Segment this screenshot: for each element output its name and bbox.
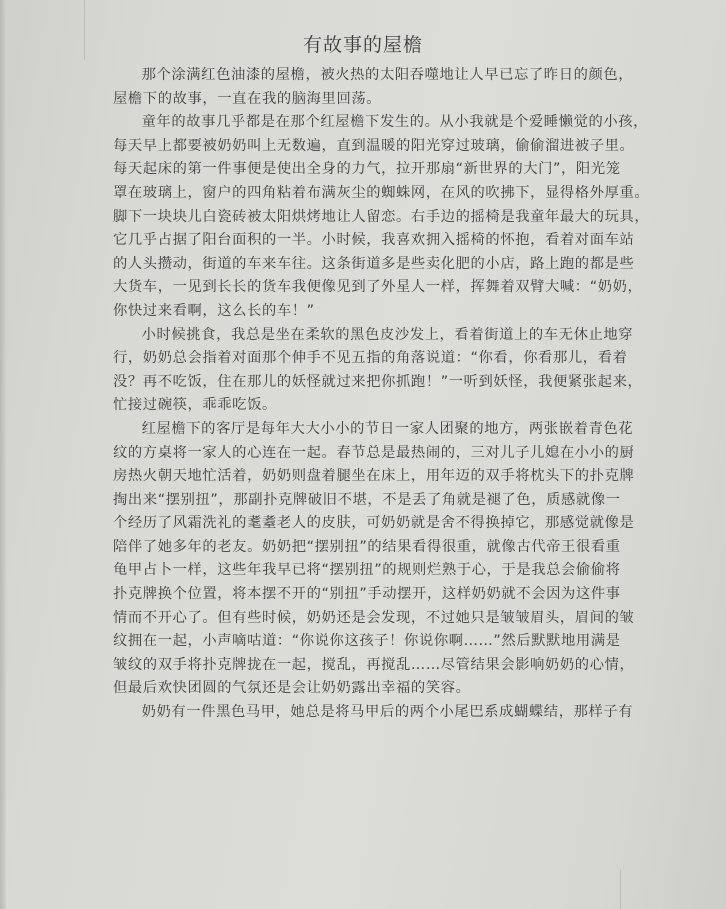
text-line: 纹拥在一起，小声嘀咕道：“你说你这孩子！你说你啊……”然后默默地用满是	[84, 630, 618, 654]
text-line: 奶奶有一件黑色马甲，她总是将马甲后的两个小尾巴系成蝴蝶结，那样子有	[113, 701, 618, 725]
paragraph-4: 红屋檐下的客厅是每年大大小小的节日一家人团聚的地方，两张嵌着青色花 纹的方桌将一…	[113, 418, 618, 701]
text-line: 纹的方桌将一家人的心连在一起。春节总是最热闹的，三对儿子儿媳在小小的厨	[84, 442, 618, 466]
text-line: 大货车，一见到长长的货车我便像见到了外星人一样，挥舞着双臂大喊：“奶奶，	[84, 276, 618, 300]
text-line: 掏出来“摆别扭”，那副扑克牌破旧不堪，不是丢了角就是褪了色，质感就像一	[84, 489, 618, 513]
text-line: 但最后欢快团圆的气氛还是会让奶奶露出幸福的笑容。	[84, 677, 618, 701]
text-line: 你快过来看啊，这么长的车！”	[84, 300, 618, 324]
text-line: 童年的故事几乎都是在那个红屋檐下发生的。从小我就是个爱睡懒觉的小孩，	[113, 111, 618, 135]
text-line: 陪伴了她多年的老友。奶奶把“摆别扭”的结果看得很重，就像古代帝王很看重	[84, 536, 618, 560]
document-page: 有故事的屋檐 那个涂满红色油漆的屋檐，被火热的太阳吞噬地让人早已忘了昨日的颜色，…	[0, 0, 726, 909]
text-line: 罩在玻璃上，窗户的四角粘着布满灰尘的蜘蛛网，在风的吹拂下，显得格外厚重。	[84, 182, 618, 206]
text-line: 行，奶奶总会指着对面那个伸手不见五指的角落说道：“你看，你看那儿，看着	[84, 347, 618, 371]
text-line: 每天起床的第一件事便是使出全身的力气，拉开那扇“新世界的大门”，阳光笼	[84, 158, 618, 182]
text-line: 皱纹的双手将扑克牌拢在一起，搅乱，再搅乱……尽管结果会影响奶奶的心情，	[84, 654, 618, 678]
text-line: 房热火朝天地忙活着，奶奶则盘着腿坐在床上，用年迈的双手将枕头下的扑克牌	[84, 465, 618, 489]
text-line: 屋檐下的故事，一直在我的脑海里回荡。	[84, 88, 618, 112]
text-line: 情而不开心了。但有些时候，奶奶还是会发现，不过她只是皱皱眉头，眉间的皱	[84, 607, 618, 631]
text-line: 它几乎占据了阳台面积的一半。小时候，我喜欢拥入摇椅的怀抱，看着对面车站	[84, 229, 618, 253]
paragraph-3: 小时候挑食，我总是坐在柔软的黑色皮沙发上，看着街道上的车无休止地穿 行，奶奶总会…	[113, 324, 618, 418]
text-line: 没？再不吃饭，住在那儿的妖怪就过来把你抓跑！”一听到妖怪，我便紧张起来，	[84, 371, 618, 395]
text-line: 脚下一块块儿白瓷砖被太阳烘烤地让人留恋。右手边的摇椅是我童年最大的玩具，	[84, 206, 618, 230]
document-title: 有故事的屋檐	[0, 30, 726, 57]
text-line: 小时候挑食，我总是坐在柔软的黑色皮沙发上，看着街道上的车无休止地穿	[113, 324, 618, 348]
text-line: 龟甲占卜一样，这些年我早已将“摆别扭”的规则烂熟于心，于是我总会偷偷将	[84, 559, 618, 583]
text-line: 扑克牌换个位置，将本摆不开的“别扭”手动摆开，这样奶奶就不会因为这件事	[84, 583, 618, 607]
text-line: 忙接过碗筷，乖乖吃饭。	[84, 394, 618, 418]
text-line: 那个涂满红色油漆的屋檐，被火热的太阳吞噬地让人早已忘了昨日的颜色，	[113, 64, 618, 88]
document-body: 那个涂满红色油漆的屋檐，被火热的太阳吞噬地让人早已忘了昨日的颜色， 屋檐下的故事…	[113, 64, 618, 725]
paragraph-5: 奶奶有一件黑色马甲，她总是将马甲后的两个小尾巴系成蝴蝶结，那样子有	[113, 701, 618, 725]
paragraph-2: 童年的故事几乎都是在那个红屋檐下发生的。从小我就是个爱睡懒觉的小孩， 每天早上都…	[113, 111, 618, 323]
text-line: 红屋檐下的客厅是每年大大小小的节日一家人团聚的地方，两张嵌着青色花	[113, 418, 618, 442]
text-line: 个经历了风霜洗礼的耄耋老人的皮肤，可奶奶就是舍不得换掉它，那感觉就像是	[84, 512, 618, 536]
paragraph-1: 那个涂满红色油漆的屋檐，被火热的太阳吞噬地让人早已忘了昨日的颜色， 屋檐下的故事…	[113, 64, 618, 111]
text-line: 的人头攒动，街道的车来车往。这条街道多是些卖化肥的小店，路上跑的都是些	[84, 253, 618, 277]
text-line: 每天早上都要被奶奶叫上无数遍，直到温暖的阳光穿过玻璃，偷偷溜进被子里。	[84, 135, 618, 159]
